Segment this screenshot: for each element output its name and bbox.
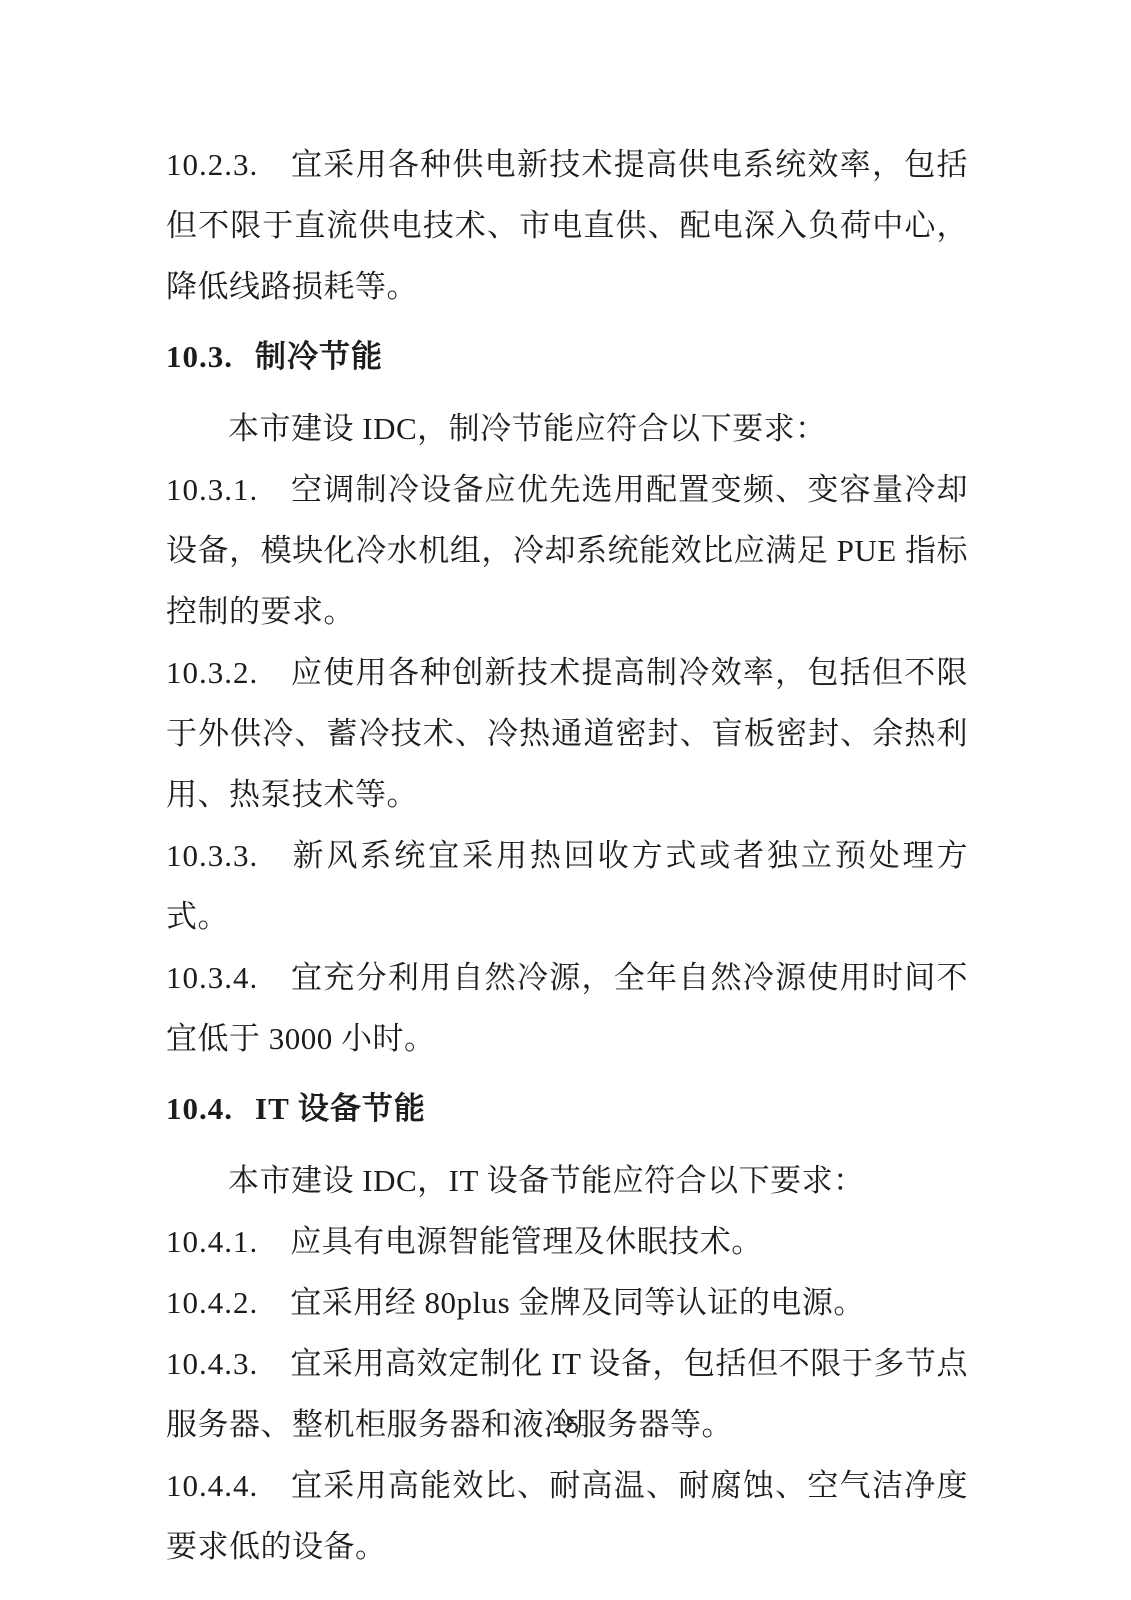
section-number: 10.3. xyxy=(166,339,233,374)
section-title: 制冷节能 xyxy=(255,339,383,374)
clause-paragraph-10-3-1: 10.3.1.空调制冷设备应优先选用配置变频、变容量冷却设备，模块化冷水机组，冷… xyxy=(166,459,968,642)
clause-number: 10.3.2. xyxy=(166,655,258,690)
clause-number: 10.2.3. xyxy=(166,147,258,182)
clause-paragraph-10-4-2: 10.4.2.宜采用经 80plus 金牌及同等认证的电源。 xyxy=(166,1272,968,1333)
clause-paragraph-10-4-4: 10.4.4.宜采用高能效比、耐高温、耐腐蚀、空气洁净度要求低的设备。 xyxy=(166,1455,968,1577)
section-title: IT 设备节能 xyxy=(255,1091,426,1126)
clause-text: 宜采用高能效比、耐高温、耐腐蚀、空气洁净度要求低的设备。 xyxy=(166,1468,968,1564)
intro-paragraph-cooling: 本市建设 IDC，制冷节能应符合以下要求： xyxy=(166,398,968,459)
clause-paragraph-10-4-1: 10.4.1.应具有电源智能管理及休眠技术。 xyxy=(166,1211,968,1272)
clause-text: 新风系统宜采用热回收方式或者独立预处理方式。 xyxy=(166,838,968,934)
section-heading-10-3: 10.3.制冷节能 xyxy=(166,334,968,380)
clause-paragraph-10-3-4: 10.3.4.宜充分利用自然冷源，全年自然冷源使用时间不宜低于 3000 小时。 xyxy=(166,947,968,1069)
page-number: 15 xyxy=(0,1412,1131,1440)
clause-number: 10.4.3. xyxy=(166,1346,258,1381)
section-heading-10-4: 10.4.IT 设备节能 xyxy=(166,1086,968,1132)
clause-paragraph-10-3-3: 10.3.3.新风系统宜采用热回收方式或者独立预处理方式。 xyxy=(166,825,968,947)
clause-text: 空调制冷设备应优先选用配置变频、变容量冷却设备，模块化冷水机组，冷却系统能效比应… xyxy=(166,472,968,629)
section-number: 10.4. xyxy=(166,1091,233,1126)
clause-text: 宜采用经 80plus 金牌及同等认证的电源。 xyxy=(290,1285,865,1320)
clause-number: 10.4.4. xyxy=(166,1468,258,1503)
clause-number: 10.3.4. xyxy=(166,960,258,995)
document-page: 10.2.3.宜采用各种供电新技术提高供电系统效率，包括但不限于直流供电技术、市… xyxy=(0,0,1131,1600)
clause-paragraph-10-3-2: 10.3.2.应使用各种创新技术提高制冷效率，包括但不限于外供冷、蓄冷技术、冷热… xyxy=(166,642,968,825)
clause-text: 应使用各种创新技术提高制冷效率，包括但不限于外供冷、蓄冷技术、冷热通道密封、盲板… xyxy=(166,655,968,812)
clause-number: 10.4.1. xyxy=(166,1224,258,1259)
clause-text: 宜充分利用自然冷源，全年自然冷源使用时间不宜低于 3000 小时。 xyxy=(166,960,968,1056)
clause-number: 10.3.3. xyxy=(166,838,258,873)
clause-paragraph-10-2-3: 10.2.3.宜采用各种供电新技术提高供电系统效率，包括但不限于直流供电技术、市… xyxy=(166,134,968,317)
clause-number: 10.3.1. xyxy=(166,472,258,507)
intro-paragraph-it-equipment: 本市建设 IDC，IT 设备节能应符合以下要求： xyxy=(166,1150,968,1211)
clause-text: 应具有电源智能管理及休眠技术。 xyxy=(290,1224,763,1259)
document-content: 10.2.3.宜采用各种供电新技术提高供电系统效率，包括但不限于直流供电技术、市… xyxy=(166,134,968,1577)
clause-text: 宜采用各种供电新技术提高供电系统效率，包括但不限于直流供电技术、市电直供、配电深… xyxy=(166,147,968,304)
clause-number: 10.4.2. xyxy=(166,1285,258,1320)
